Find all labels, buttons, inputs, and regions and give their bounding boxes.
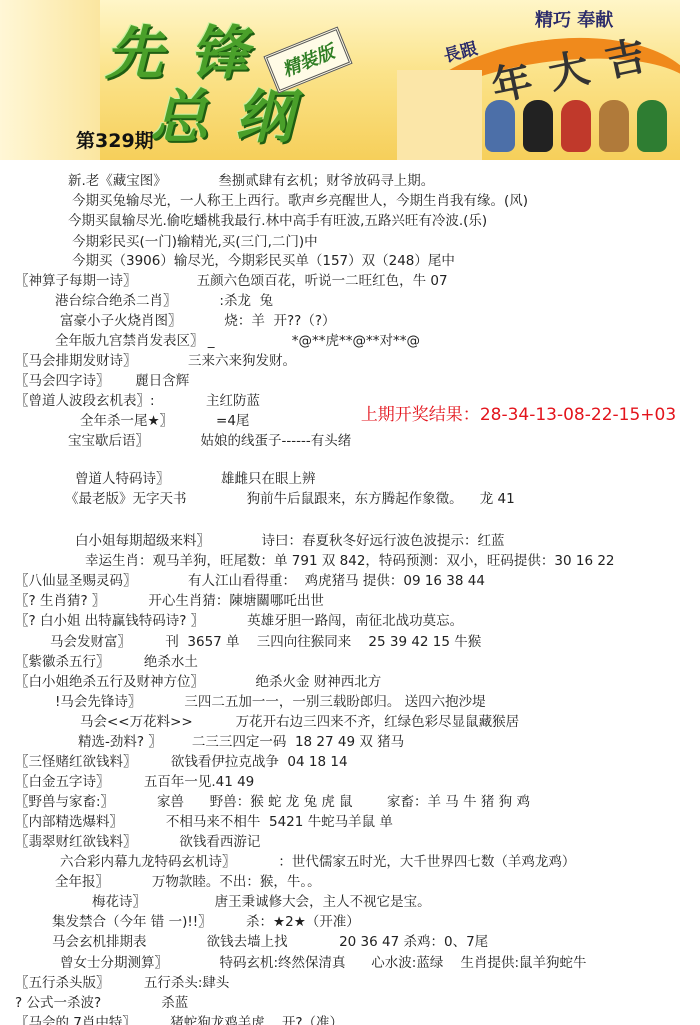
- header-banner: 先 锋 总 纲 精装版 第329期 精巧 奉献 長跟 年大吉: [0, 0, 700, 160]
- tip-line: 〖马会的 7肖中特〗 猪蛇狗龙鸡羊虎 开?（准）: [15, 1014, 343, 1025]
- tip-line: 今期买鼠输尽光.偷吃蟠桃我最行.林中高手有旺波,五路兴旺有冷波.(乐): [68, 212, 487, 230]
- tip-line: 马会<<万花料>> 万花开右边三四来不齐，红绿色彩尽显鼠藏猴居: [80, 713, 519, 731]
- tip-line: 〖翡翠财红欲钱料〗 欲钱看西游记: [15, 833, 260, 851]
- tip-line: ? 公式一杀波? 杀蓝: [15, 994, 188, 1012]
- mascot-group: [485, 100, 667, 152]
- banner-title-char: 纲: [235, 88, 293, 146]
- tip-line: 〖八仙显圣赐灵码〗 有人江山看得重： 鸡虎猪马 提供：09 16 38 44: [15, 572, 485, 590]
- issue-number: 第329期: [76, 126, 154, 153]
- tip-line: 〖野兽与家畜:〗 家兽 野兽：猴 蛇 龙 兔 虎 鼠 家畜：羊 马 牛 猪 狗 …: [15, 793, 530, 811]
- tip-line: 六合彩内幕九龙特码玄机诗〗 ：世代儒家五时光，大千世界四七数（羊鸡龙鸡）: [60, 853, 575, 871]
- mascot-icon: [599, 100, 629, 152]
- tip-line: 富豪小子火烧肖图〗 烧：羊 开??（?）: [60, 312, 336, 330]
- tip-line: 宝宝歇后语〗 姑娘的线蛋子------有头绪: [68, 432, 351, 450]
- tip-line: 全年杀一尾★〗 =4尾: [80, 412, 249, 430]
- tip-line: 今期彩民买(一门)输精光,买(三门,二门)中: [72, 233, 318, 251]
- latest-result-label: 上期开奖结果：: [361, 405, 480, 425]
- tip-line: 曾道人特码诗〗 雄雌只在眼上辨: [75, 470, 316, 488]
- latest-result-numbers: 28-34-13-08-22-15+03: [480, 405, 676, 425]
- tip-line: 曾女士分期测算〗 特码玄机:终然保清真 心水波:蓝绿 生肖提供:鼠羊狗蛇牛: [60, 954, 587, 972]
- tip-line: 〖三怪赌红欲钱料〗 欲钱看伊拉克战争 04 18 14: [15, 753, 348, 771]
- tip-line: 〖曾道人波段玄机表〗: 主红防蓝: [15, 392, 260, 410]
- tip-line: 〖五行杀头版〗 五行杀头:肆头: [15, 974, 229, 992]
- tip-line: !马会先锋诗〗 三四二五加一一，一别三载盼郎归。 送四六抱沙堤: [55, 693, 486, 711]
- tip-line: 〖紫徽杀五行〗 绝杀水土: [15, 653, 198, 671]
- banner-title-char: 锋: [190, 24, 248, 82]
- tip-line: 〖神算子每期一诗〗 五颜六色颂百花，听说一二旺红色，牛 07: [15, 272, 448, 290]
- tip-line: 集发禁合（今年 错 一)!!〗 杀：★2★（开准）: [52, 913, 360, 931]
- tip-line: 〖? 白小姐 出特赢钱特码诗? 〗 英雄牙胆一路闯，南征北战功莫忘。: [15, 612, 463, 630]
- tip-line: 马会发财富〗 刊 3657 单 三四向往猴同来 25 39 42 15 牛猴: [50, 633, 481, 651]
- mascot-icon: [561, 100, 591, 152]
- tip-line: 今期买（3906）输尽光，今期彩民买单（157）双（248）尾中: [72, 252, 455, 270]
- tip-line: 〖内部精选爆料〗 不相马来不相牛 5421 牛蛇马羊鼠 单: [15, 813, 393, 831]
- banner-slogan-top: 精巧 奉献: [535, 6, 613, 32]
- tip-line: 白小姐每期超级来料〗 诗曰：春夏秋冬好远行波色波提示：红蓝: [75, 532, 505, 550]
- tip-line: 〖白金五字诗〗 五百年一见.41 49: [15, 773, 254, 791]
- edition-badge: 精装版: [263, 26, 352, 93]
- tip-line: 幸运生肖：观马羊狗，旺尾数：单 791 双 842，特码预测：双小，旺码提供：3…: [85, 552, 615, 570]
- tip-line: 港台综合绝杀二肖〗 :杀龙 兔: [55, 292, 273, 310]
- banner-title-char: 先: [105, 24, 163, 82]
- tip-line: 全年版九宫禁肖发表区〗 _ *@**虎**@**对**@: [55, 332, 420, 350]
- tip-line: 精选-劲料? 〗 二三三四定一码 18 27 49 双 猪马: [78, 733, 404, 751]
- mascot-icon: [523, 100, 553, 152]
- tip-line: 马会玄机排期表 欲钱去墙上找 20 36 47 杀鸡：0、7尾: [52, 933, 488, 951]
- latest-result: 上期开奖结果：28-34-13-08-22-15+03: [350, 380, 676, 425]
- banner-right-edge: [680, 0, 700, 160]
- mascot-icon: [485, 100, 515, 152]
- banner-mask-patch: [397, 70, 482, 160]
- tip-line: 《最老版》无字天书 狗前牛后鼠跟来，东方腾起作象徵。 龙 41: [65, 490, 515, 508]
- tip-line: 今期买兔输尽光，一人称王上西行。歌声乡亮醒世人，今期生肖我有缘。(风): [72, 192, 528, 210]
- tip-line: 全年报〗 万物款睦。不出：猴，牛。。: [55, 873, 321, 891]
- tip-line: 〖马会四字诗〗 麗日含辉: [15, 372, 189, 390]
- mascot-icon: [637, 100, 667, 152]
- tip-line: 梅花诗〗 唐王秉诚修大会，主人不视它是宝。: [92, 893, 431, 911]
- tip-line: 新.老《藏宝图》 叁捌贰肆有玄机；财爷放码寻上期。: [68, 172, 434, 190]
- tip-line: 〖马会排期发财诗〗 三来六来狗发财。: [15, 352, 296, 370]
- tip-line: 〖? 生肖猜? 〗 开心生肖猜：陳塘關哪吒出世: [15, 592, 324, 610]
- banner-title-char: 总: [150, 88, 208, 146]
- tip-line: 〖白小姐绝杀五行及财神方位〗 绝杀火金 财神西北方: [15, 673, 381, 691]
